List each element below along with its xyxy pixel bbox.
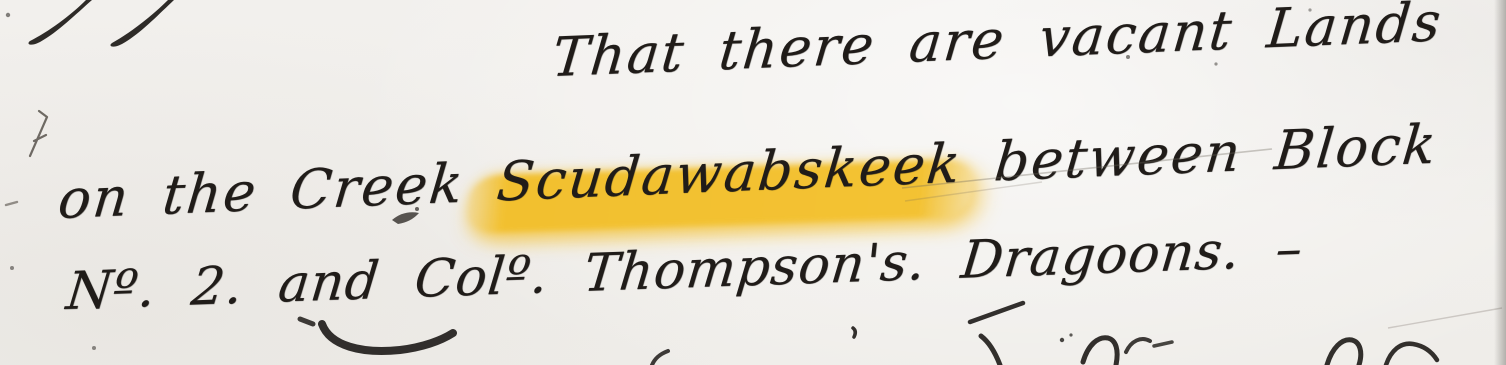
ink-dot <box>1069 333 1072 336</box>
manuscript-page: That there are vacant Lands on the Creek… <box>0 0 1506 365</box>
ink-dot <box>1060 338 1064 342</box>
line-2-text-after: between Block <box>959 112 1441 194</box>
cutoff-stroke-bottom-4 <box>981 336 1000 365</box>
margin-pencil-mark <box>30 111 47 156</box>
ink-speck <box>92 346 96 350</box>
scan-right-edge-shadow <box>1494 0 1506 365</box>
handwritten-line-2: on the Creek Scudawabskeek between Block <box>55 112 1440 231</box>
cutoff-stroke-bottom-2 <box>652 351 668 365</box>
ink-speck <box>6 13 10 17</box>
ink-speck <box>10 266 14 270</box>
pencil-hairline-3 <box>1388 308 1502 328</box>
line-1-text: That there are vacant Lands <box>549 0 1445 89</box>
line-2-text-before: on the Creek <box>55 150 500 231</box>
cutoff-dash <box>1154 342 1172 346</box>
handwritten-line-1: That there are vacant Lands <box>549 0 1445 89</box>
ink-speck <box>1214 62 1217 65</box>
cutoff-stroke-top-left-1 <box>28 0 92 45</box>
highlighted-word: Scudawabskeek <box>494 132 965 214</box>
cutoff-stroke-top-left-2 <box>110 0 174 47</box>
cutoff-letter-top-2 <box>1126 339 1150 352</box>
cutoff-stroke-bottom-1 <box>322 324 453 351</box>
handwritten-line-3: Nº. 2. and Colº. Thompson's. Dragoons. – <box>63 219 1306 322</box>
cutoff-letter-top-3 <box>1327 340 1361 365</box>
margin-pencil-dash <box>6 202 17 205</box>
line-3-text: Nº. 2. and Colº. Thompson's. Dragoons. – <box>63 219 1306 322</box>
cutoff-stroke-bottom-3 <box>970 303 1023 322</box>
cutoff-letter-top-1 <box>1083 338 1117 365</box>
cutoff-letter-top-4 <box>1386 344 1437 365</box>
cutoff-stroke-bottom-1b <box>300 319 313 324</box>
cutoff-apostrophe <box>853 328 855 337</box>
